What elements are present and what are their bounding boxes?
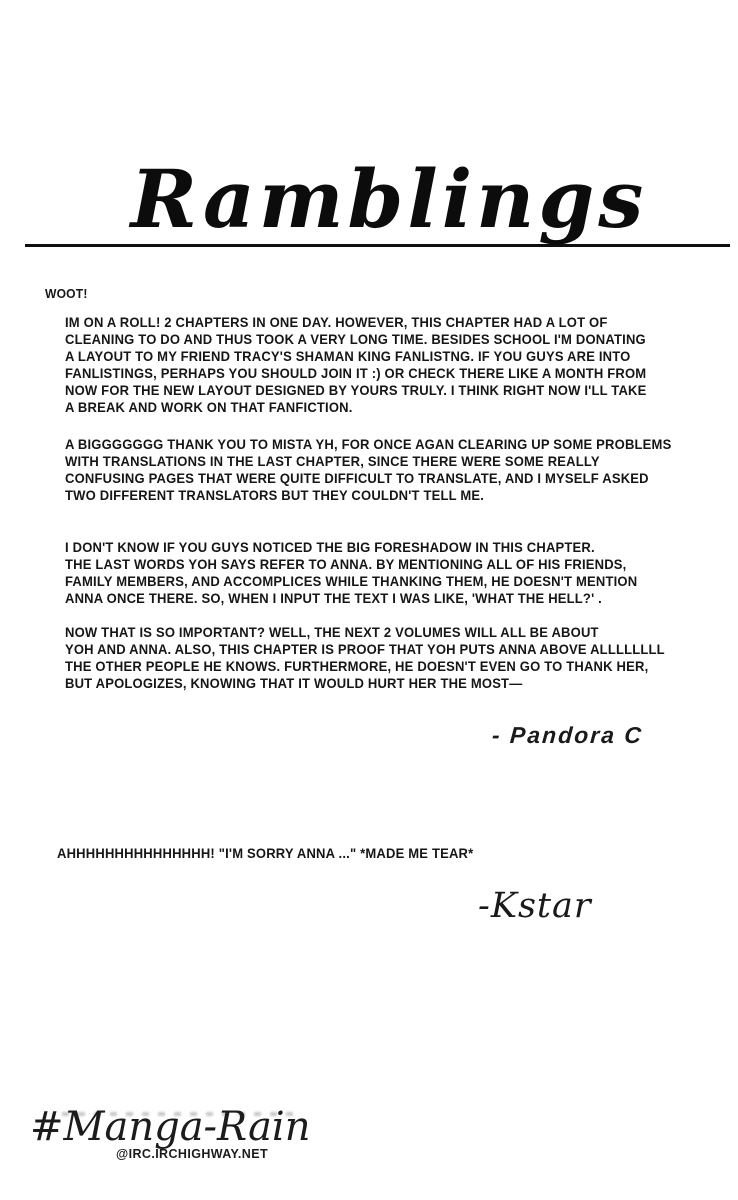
reaction-line: AHHHHHHHHHHHHHHH! "I'M SORRY ANNA ..." *… [57, 845, 473, 862]
irc-server-text: @IRC.IRCHIGHWAY.NET [116, 1147, 268, 1161]
editor-signature: -Kstar [478, 886, 592, 926]
paragraph-next-volumes: NOW THAT IS SO IMPORTANT? WELL, THE NEXT… [65, 624, 665, 692]
paragraph-thank-you: A BIGGGGGGG THANK YOU TO MISTA YH, FOR O… [65, 436, 671, 504]
paragraph-foreshadow: I DON'T KNOW IF YOU GUYS NOTICED THE BIG… [65, 539, 637, 607]
greeting-text: WOOT! [45, 286, 88, 303]
page-title: Ramblings [20, 152, 738, 246]
scanlation-group-logo: #Manga-Rain [30, 1104, 311, 1150]
translator-signature: - Pandora C [491, 722, 644, 749]
paragraph-release-notes: IM ON A ROLL! 2 CHAPTERS IN ONE DAY. HOW… [65, 314, 647, 415]
ramblings-credits-page: Ramblings WOOT! IM ON A ROLL! 2 CHAPTERS… [0, 0, 738, 1200]
